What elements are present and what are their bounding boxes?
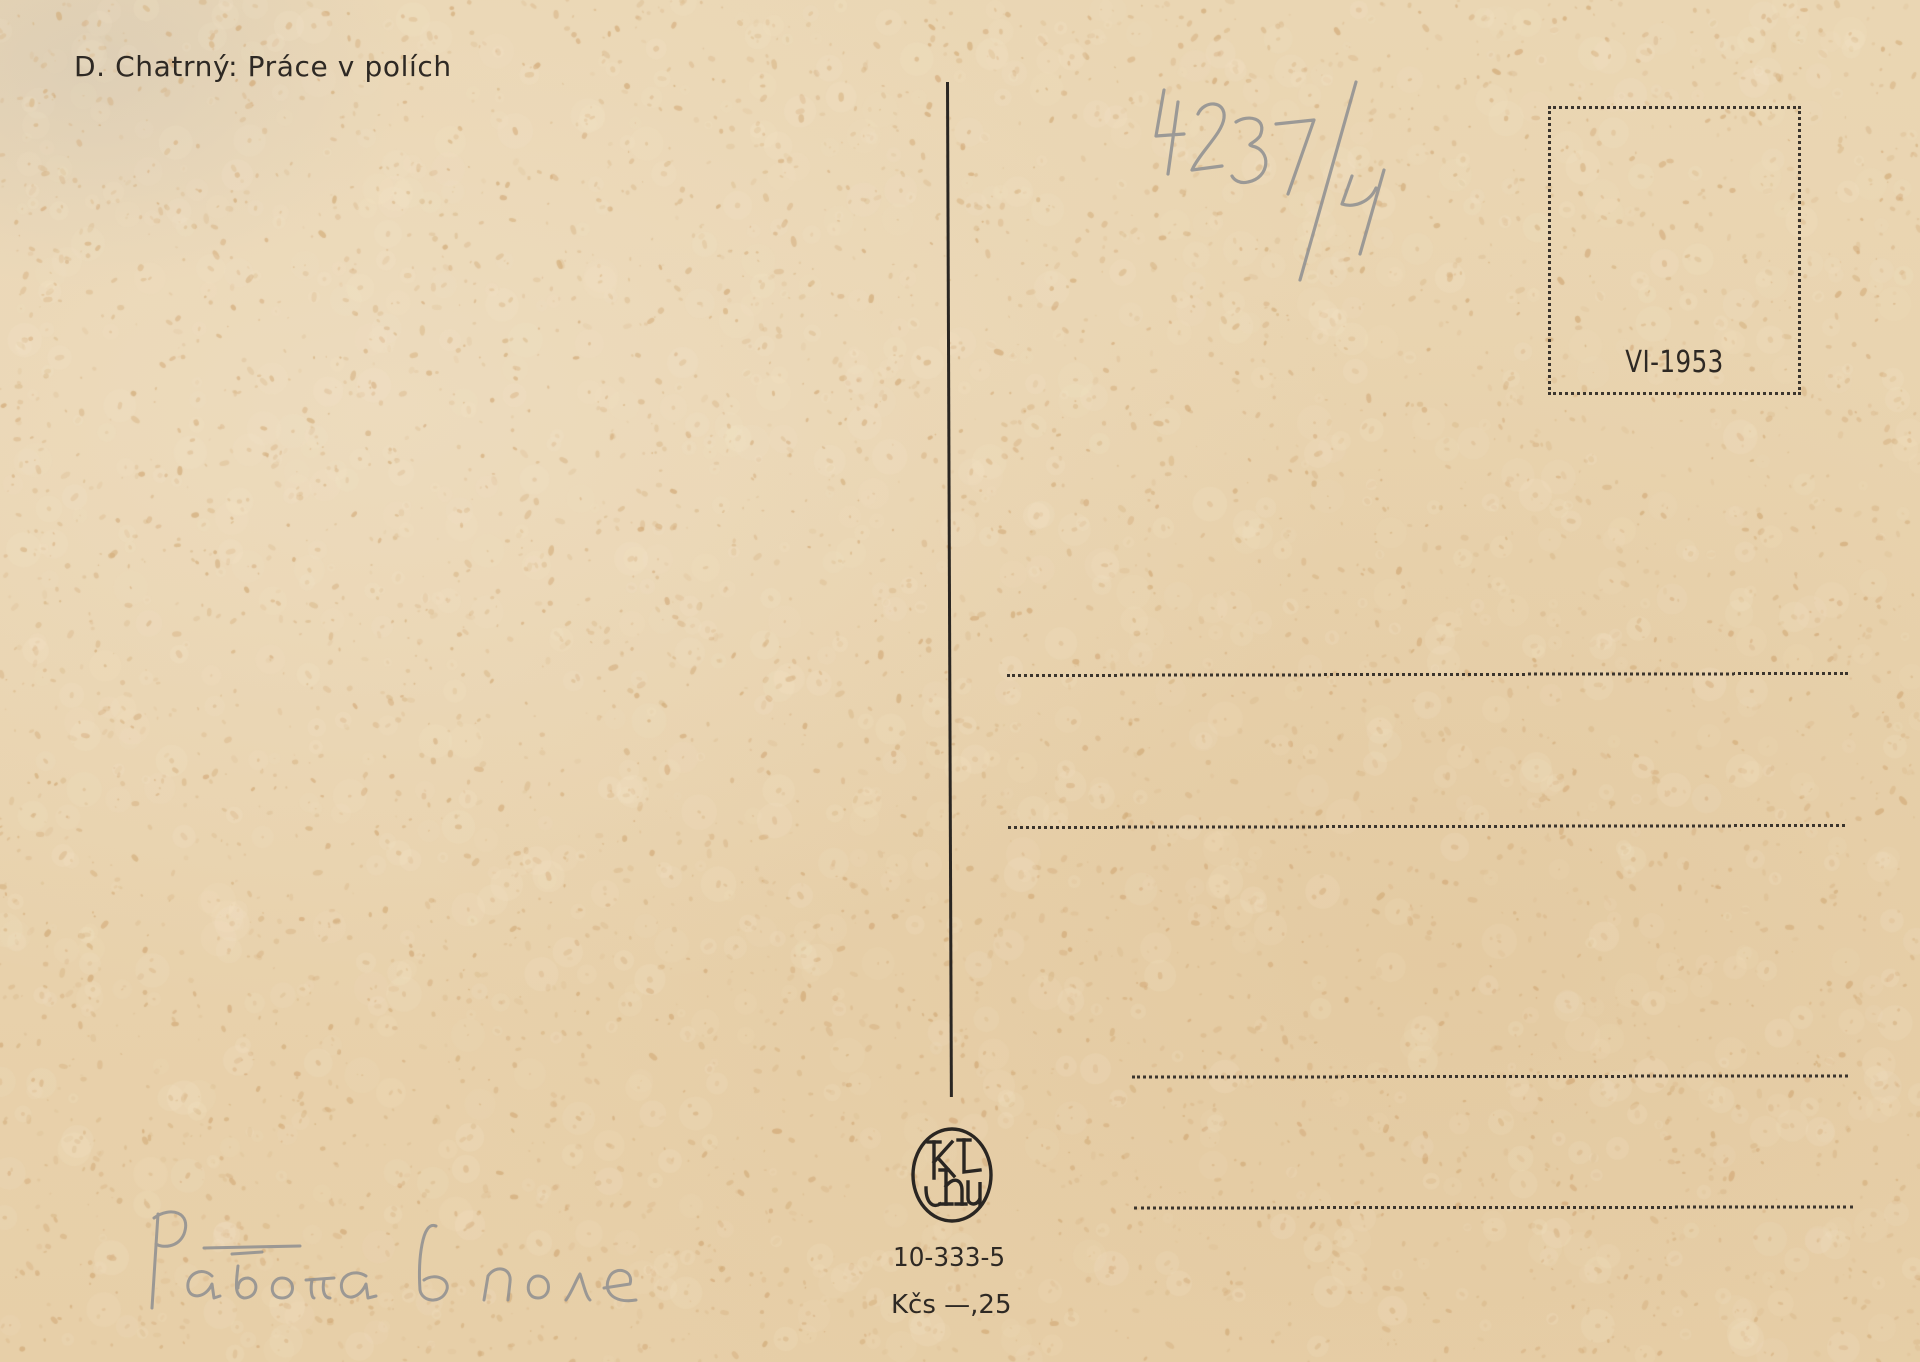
stamp-box-label: VI-1953 (1573, 345, 1776, 380)
price-label: Kčs —,25 (891, 1290, 1012, 1320)
postcard-back: D. Chatrný: Práce v polích VI-1953 (0, 0, 1920, 1362)
pencil-archive-number (1148, 78, 1408, 288)
catalog-number: 10-333-5 (893, 1243, 1005, 1273)
stamp-box: VI-1953 (1548, 106, 1801, 395)
publisher-logo-icon (908, 1124, 996, 1226)
pencil-caption (140, 1200, 700, 1330)
postcard-title: D. Chatrný: Práce v polích (74, 50, 452, 83)
